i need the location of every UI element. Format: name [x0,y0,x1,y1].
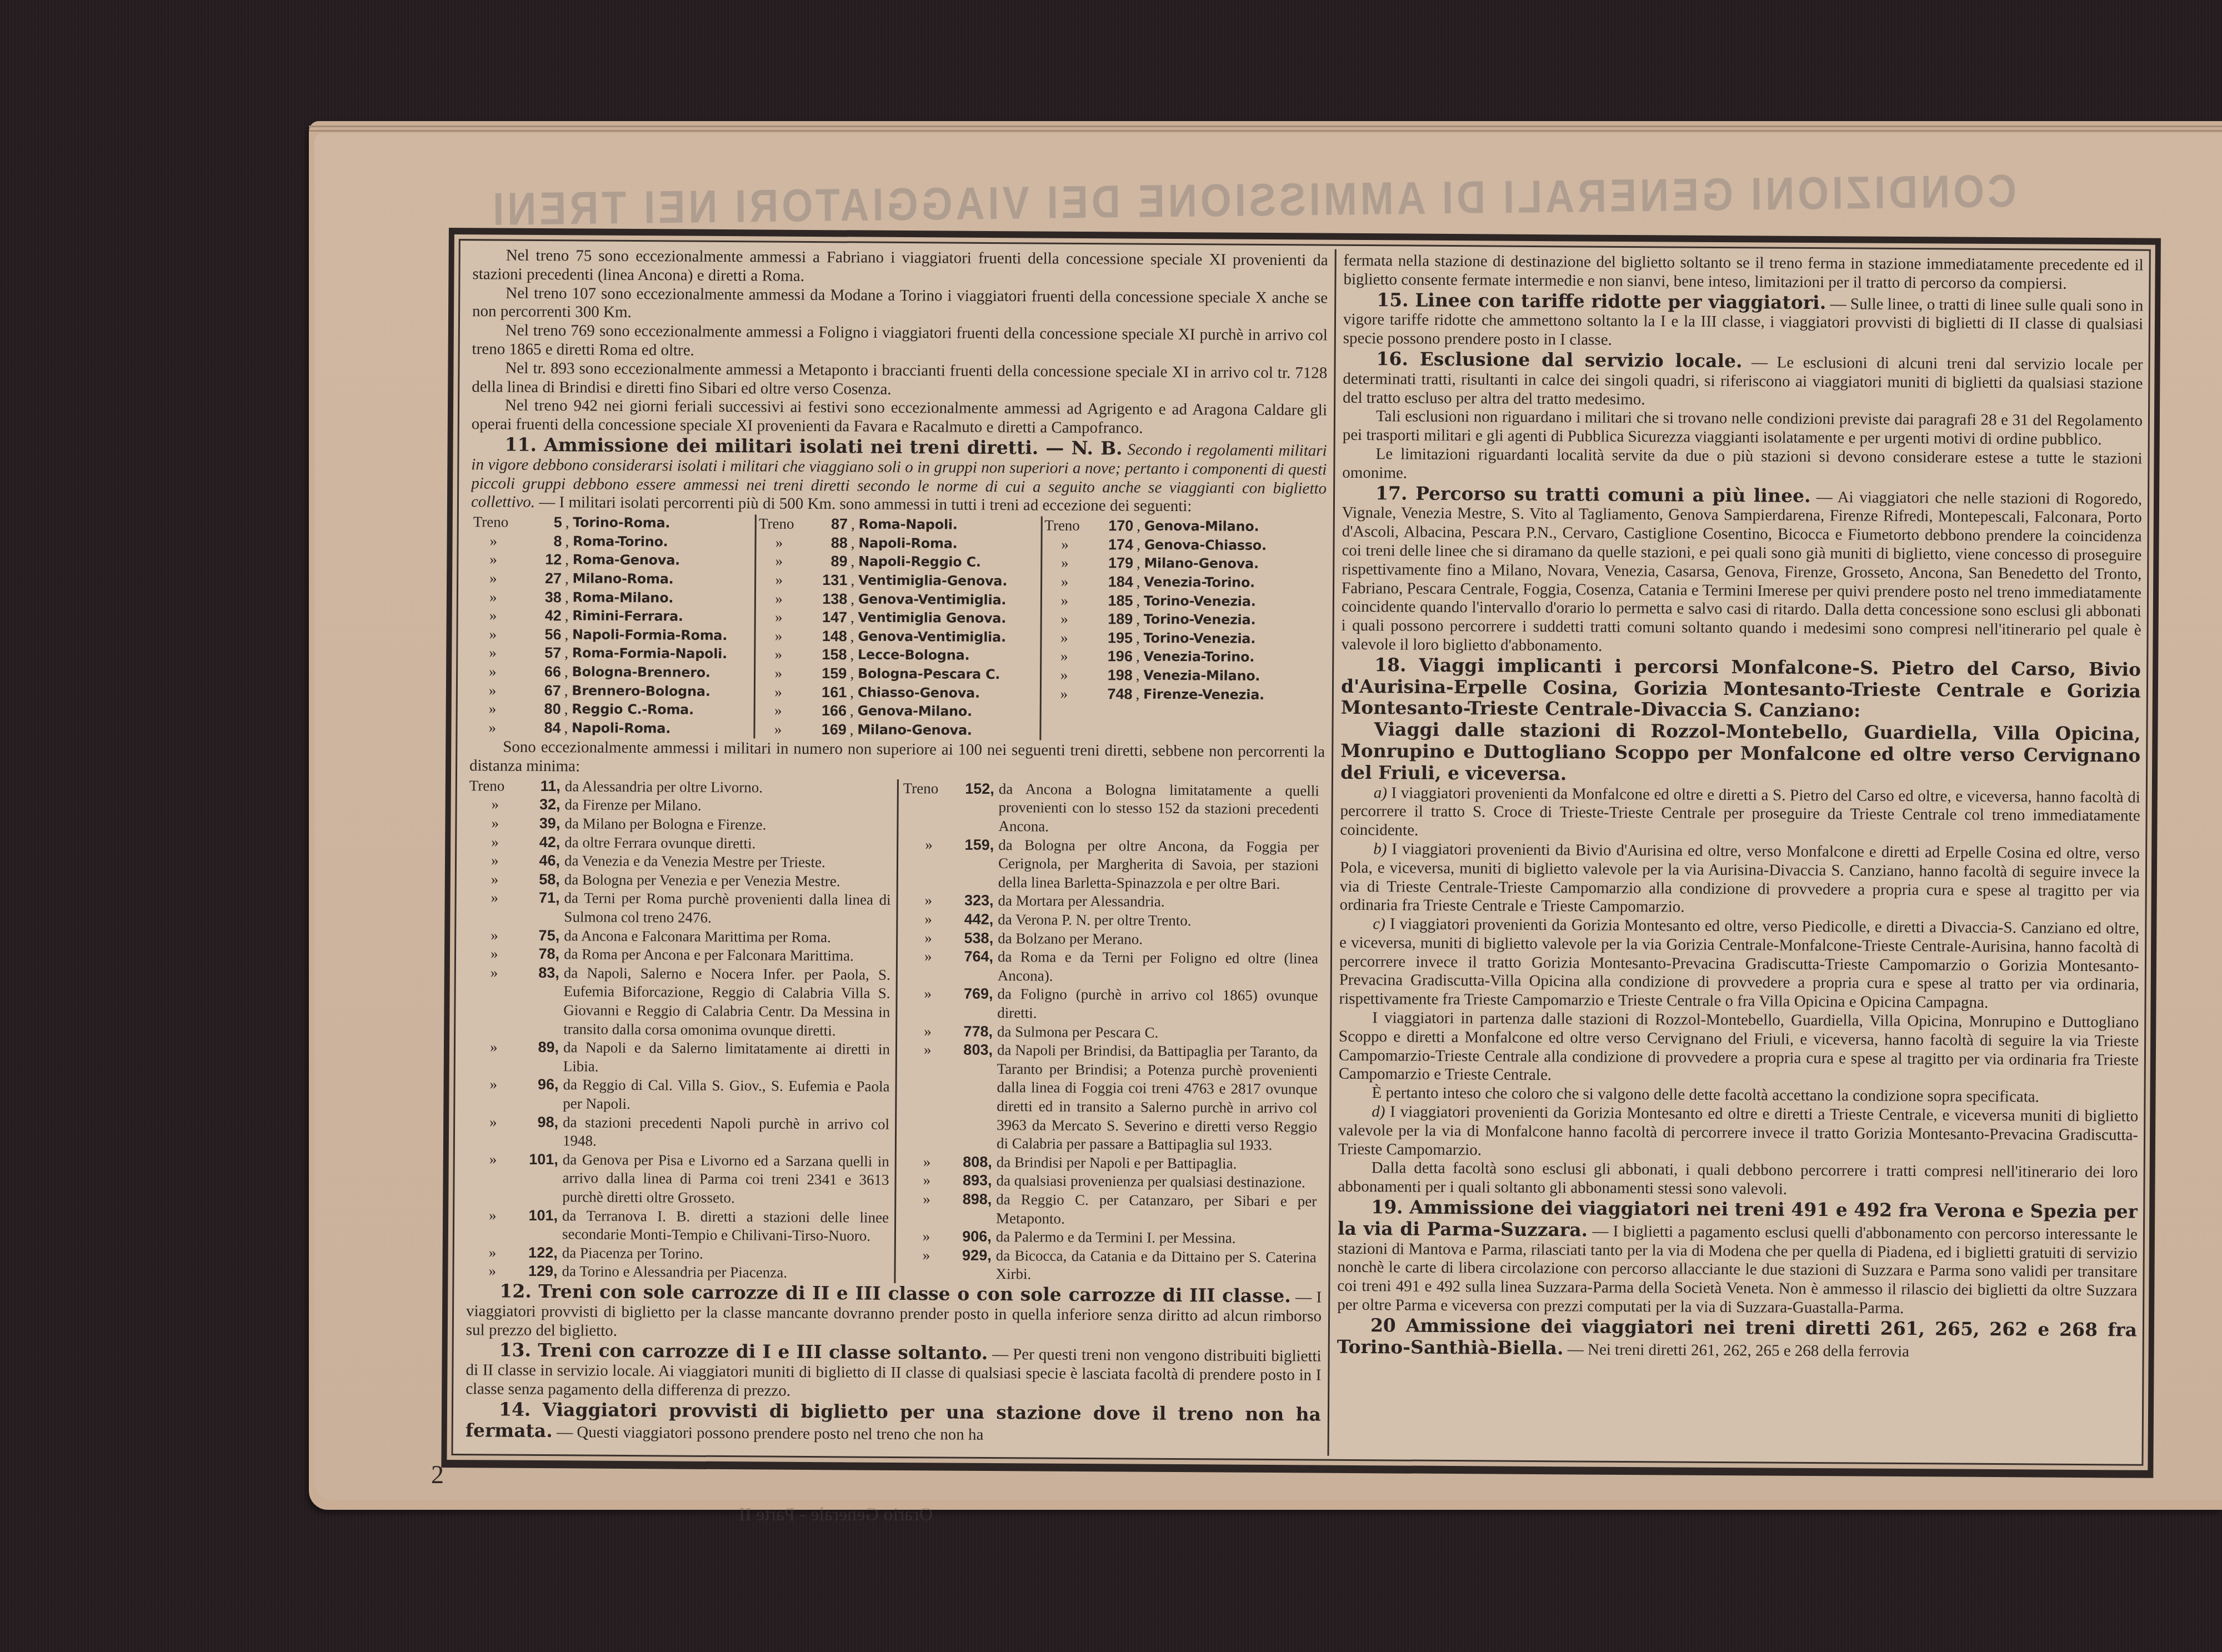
train-comma: , [851,553,859,572]
exception-prefix: » [468,926,521,945]
exception-train-number: 98, [519,1113,558,1150]
section-19: 19. Ammissione dei viaggiatori nei treni… [1337,1197,2138,1320]
train-comma: , [564,644,572,663]
train-number: 87 [813,515,848,534]
item-label: c) [1373,915,1385,933]
train-route: Genova-Milano. [1144,517,1259,537]
train-prefix: » [1044,572,1099,591]
train-route: Ventimiglia Genova. [858,609,1006,628]
section-11-body: — I militari isolati percorrenti più di … [535,493,1192,515]
train-route: Torino-Venezia. [1144,610,1256,630]
item-d-text: I viaggiatori provenienti da Gorizia Mon… [1338,1103,2139,1159]
train-prefix: » [1044,647,1098,666]
train-route: Torino-Venezia. [1144,629,1256,648]
item-label: a) [1374,784,1387,802]
train-route: Milano-Roma. [573,569,674,589]
train-row: »57, Roma-Formia-Napoli. [472,644,754,664]
train-number: 158 [813,645,847,664]
exception-text: da Foligno (purchè in arrivo col 1865) o… [997,985,1318,1024]
exception-row: »101,da Terranova I. B. diretti a stazio… [467,1206,889,1246]
train-comma: , [1135,685,1143,704]
section-16-para-2: Tali esclusioni non riguardano i militar… [1343,407,2143,449]
train-prefix: Treno [1044,517,1099,535]
exception-row: »42,da oltre Ferrara ovunque diretti. [469,833,891,854]
column-divider [1328,249,1337,1456]
train-row: »80, Reggio C.-Roma. [472,699,754,720]
exception-prefix: » [469,870,521,889]
exception-row: »538,da Bolzano per Merano. [902,929,1318,950]
train-route: Brennero-Bologna. [572,682,710,701]
exception-train-number: 101, [519,1150,558,1207]
train-route: Chiasso-Genova. [858,683,980,703]
exception-text: da Mortara per Alessandria. [998,892,1319,912]
continuation-paragraph: fermata nella stazione di destinazione d… [1343,252,2143,294]
excluded-trains-column: Treno170, Genova-Milano.»174, Genova-Chi… [1041,517,1327,742]
exception-prefix: Treno [469,777,522,795]
train-row: »131, Ventimiglia-Genova. [758,570,1040,591]
item-label: b) [1373,840,1387,858]
exception-prefix: » [469,833,521,852]
train-number: 147 [813,608,847,627]
exception-row: »71,da Terni per Roma purchè provenienti… [468,889,890,929]
train-row: »169, Milano-Genova. [758,720,1040,740]
train-comma: , [565,569,573,588]
exception-prefix: » [903,891,955,910]
train-comma: , [850,702,858,721]
train-comma: , [564,625,572,644]
exception-row: »75,da Ancona e Falconara Marittima per … [468,926,890,947]
exception-row: »39,da Milano per Bologna e Firenze. [469,814,891,835]
exception-train-number: 71, [521,889,559,927]
train-route: Bologna-Pescara C. [858,664,1000,684]
exception-row: »893,da qualsiasi provenienza per qualsi… [900,1171,1317,1192]
exception-row: »442,da Verona P. N. per oltre Trento. [902,910,1318,931]
train-comma: , [1136,592,1144,610]
section-18-subheading: Viaggi dalle stazioni di Rozzol-Montebel… [1340,718,2141,784]
train-comma: , [851,515,859,534]
train-comma: , [1136,610,1144,629]
section-13-heading: 13. Treni con carrozze di I e III classe… [499,1339,988,1364]
train-prefix: » [1044,665,1098,684]
section-12: 12. Treni con sole carrozze di II e III … [466,1280,1322,1345]
train-row: »189, Torino-Venezia. [1044,610,1326,630]
intro-paragraph: Nel treno 942 nei giorni feriali success… [472,397,1327,439]
train-prefix: » [472,625,527,644]
train-route: Genova-Ventimiglia. [858,627,1006,647]
exception-train-number: 101, [519,1206,558,1244]
exception-text: da Terranova I. B. diretti a stazioni de… [562,1207,889,1246]
train-number: 42 [527,607,562,625]
exception-text: da Firenze per Milano. [565,796,892,817]
exception-train-number: 129, [518,1262,557,1281]
exception-text: da Napoli e da Salerno limitatamente ai … [563,1038,890,1078]
exception-text: da Verona P. N. per oltre Trento. [998,910,1318,931]
exception-row: »778,da Sulmona per Pescara C. [902,1022,1318,1043]
exception-row: »808,da Brindisi per Napoli e per Battip… [901,1153,1317,1174]
train-number: 170 [1099,517,1133,535]
train-number: 189 [1098,610,1133,629]
section-18-item: b) I viaggiatori provenienti da Bivio d'… [1339,840,2140,920]
intro-paragraph: Nel treno 75 sono eccezionalmente ammess… [472,246,1328,289]
train-route: Genova-Chiasso. [1144,535,1267,555]
exception-train-number: 39, [521,814,560,833]
train-row: »159, Bologna-Pescara C. [758,664,1040,684]
train-number: 161 [812,683,847,702]
train-prefix: » [759,533,813,552]
intro-paragraph: Nel tr. 893 sono eccezionalmente ammessi… [472,359,1327,402]
train-comma: , [1136,629,1144,648]
exception-text: da Brindisi per Napoli e per Battipaglia… [997,1153,1317,1174]
train-row: Treno5, Torino-Roma. [473,513,755,533]
exception-row: »159,da Bologna per oltre Ancona, da Fog… [903,835,1319,894]
train-row: »147, Ventimiglia Genova. [758,608,1040,629]
train-number: 12 [527,550,562,569]
exception-text: da Bicocca, da Catania e da Dittaino per… [995,1246,1316,1286]
train-row: »38, Roma-Milano. [473,588,755,608]
excluded-trains-column: Treno87, Roma-Napoli.»88, Napoli-Roma.»8… [755,515,1043,740]
train-prefix: » [758,608,813,627]
train-prefix: » [758,720,812,739]
train-row: »8, Roma-Torino. [473,532,755,552]
train-comma: , [850,683,858,702]
train-number: 184 [1099,573,1133,592]
train-number: 57 [527,644,561,663]
item-text: I viaggiatori provenienti da Monfalcone … [1340,784,2140,839]
exception-row: »83,da Napoli, Salerno e Nocera Infer. p… [468,963,890,1040]
train-comma: , [1137,517,1144,536]
train-number: 138 [813,590,847,609]
exception-row: »323,da Mortara per Alessandria. [903,891,1319,912]
exception-text: da Ancona a Bologna limitatamente a quel… [998,780,1319,838]
train-row: »12, Roma-Genova. [473,550,755,571]
train-route: Milano-Genova. [1144,554,1259,574]
train-row: Treno170, Genova-Milano. [1044,517,1327,537]
text-frame: Nel treno 75 sono eccezionalmente ammess… [441,228,2161,1478]
train-route: Roma-Genova. [573,551,680,570]
section-18-items: a) I viaggiatori provenienti da Monfalco… [1339,783,2140,1013]
section-18-exclusion: Dalla detta facoltà sono esclusi gli abb… [1338,1159,2138,1201]
exception-text: da Napoli per Brindisi, da Battipaglia p… [997,1041,1318,1155]
exception-text: da Sulmona per Pescara C. [997,1023,1318,1043]
train-comma: , [1137,535,1144,554]
exception-intro: Sono eccezionalmente ammessi i militari … [469,738,1325,781]
exception-prefix: » [903,835,955,892]
train-prefix: » [473,606,527,625]
exception-prefix: » [902,1022,954,1041]
train-comma: , [565,607,573,625]
train-route: Napoli-Roma. [572,719,670,738]
exception-train-number: 803, [953,1041,993,1153]
exception-train-number: 906, [953,1228,992,1246]
exception-prefix: » [469,814,521,833]
train-prefix: » [1044,554,1099,573]
exception-row: »32,da Firenze per Milano. [469,795,892,817]
section-14: 14. Viaggiatori provvisti di biglietto p… [466,1399,1321,1447]
train-route: Torino-Roma. [573,514,670,533]
train-row: Treno87, Roma-Napoli. [759,515,1041,535]
train-row: »748, Firenze-Venezia. [1043,684,1325,705]
train-route: Venezia-Torino. [1144,573,1255,593]
train-number: 131 [813,571,847,590]
excluded-trains-table: Treno5, Torino-Roma.»8, Roma-Torino.»12,… [469,513,1326,742]
train-row: »89, Napoli-Reggio C. [759,552,1041,573]
exception-prefix: » [468,963,521,1038]
exception-train-number: 122, [519,1244,558,1263]
train-route: Napoli-Formia-Roma. [572,625,727,645]
exception-text: da Piacenza per Torino. [562,1244,889,1264]
train-route: Roma-Torino. [573,532,668,552]
train-number: 166 [812,702,847,720]
train-prefix: » [472,681,527,700]
exception-trains-table: Treno11,da Alessandria per oltre Livorno… [466,777,1325,1285]
train-route: Roma-Milano. [572,588,673,608]
train-prefix: » [759,552,813,571]
train-route: Ventimiglia-Genova. [858,571,1007,590]
exception-row: »101,da Genova per Pisa e Livorno ed a S… [467,1150,889,1208]
exception-prefix: » [900,1246,952,1284]
exception-prefix: » [468,889,521,927]
train-number: 84 [526,719,560,738]
train-number: 748 [1098,685,1132,704]
train-comma: , [851,534,859,553]
train-prefix: » [758,570,813,589]
train-comma: , [564,719,572,738]
left-column: Nel treno 75 sono eccezionalmente ammess… [466,246,1328,1453]
exception-train-number: 58, [521,870,560,889]
section-15-heading: 15. Linee con tariffe ridotte per viaggi… [1377,289,1826,313]
train-number: 80 [527,700,561,719]
exception-text: da Milano per Bologna e Firenze. [564,814,891,835]
train-prefix: » [758,683,812,702]
section-20: 20 Ammissione dei viaggiatori nei treni … [1337,1315,2137,1363]
exception-text: da oltre Ferrara ovunque diretti. [564,833,891,854]
train-row: »56, Napoli-Formia-Roma. [472,625,754,645]
exception-train-number: 323, [955,892,994,910]
train-row: »179, Milano-Genova. [1044,554,1327,574]
exception-text: da Terni per Roma purchè provenienti dal… [564,889,890,929]
train-comma: , [565,532,573,551]
exception-prefix: » [467,1113,519,1150]
exception-text: da Torino e Alessandria per Piacenza. [562,1263,888,1283]
train-prefix: Treno [759,515,813,534]
exception-prefix: » [901,1153,953,1172]
train-number: 89 [813,552,848,571]
section-14-body: — Questi viaggiatori possono prendere po… [553,1424,984,1444]
exception-text: da Venezia e da Venezia Mestre per Tries… [564,852,891,873]
train-comma: , [850,590,858,609]
exception-train-number: 929, [952,1246,991,1284]
train-comma: , [850,720,858,739]
exception-prefix: » [467,1206,519,1244]
text-frame-inner: Nel treno 75 sono eccezionalmente ammess… [451,239,2150,1466]
train-comma: , [564,682,572,700]
train-comma: , [850,664,858,683]
exception-prefix: » [469,795,522,814]
train-route: Lecce-Bologna. [858,646,969,665]
train-row: »196, Venezia-Torino. [1044,647,1326,668]
train-prefix: » [473,550,527,569]
exception-row: »46,da Venezia e da Venezia Mestre per T… [469,851,891,872]
exception-train-number: 764, [954,948,993,985]
train-prefix: » [1044,628,1098,647]
section-18-subheading-para: Viaggi dalle stazioni di Rozzol-Montebel… [1340,719,2141,788]
exception-row: »58,da Bologna per Venezia e per Venezia… [469,870,891,891]
section-18-item: a) I viaggiatori provenienti da Monfalco… [1340,783,2140,844]
train-prefix: » [1043,684,1098,703]
train-prefix: Treno [473,513,528,532]
section-18-item: c) I viaggiatori provenienti da Gorizia … [1339,915,2139,1014]
right-column: fermata nella stazione di destinazione d… [1337,252,2144,1459]
exception-text: da Ancona e Falconara Marittima per Roma… [564,927,890,947]
train-route: Bologna-Brennero. [572,663,710,682]
excluded-trains-column: Treno5, Torino-Roma.»8, Roma-Torino.»12,… [469,513,757,738]
intro-paragraph: Nel treno 769 sono eccezionalmente ammes… [472,321,1328,364]
exception-text: da Roma per Ancona e per Falconara Marit… [564,945,890,966]
train-route: Genova-Milano. [857,702,972,722]
exception-row: »98,da stazioni precedenti Napoli purchè… [467,1113,889,1153]
train-number: 159 [812,664,847,683]
exception-prefix: » [466,1262,518,1281]
train-number: 196 [1098,647,1133,666]
section-17-body: — Ai viaggiatori che nelle stazioni di R… [1341,488,2142,655]
train-comma: , [1137,554,1144,573]
exception-train-number: 11, [522,777,560,796]
section-18-heading: 18. Viaggi implicanti i percorsi Monfalc… [1341,654,2141,722]
exception-prefix: » [467,1243,519,1262]
exception-prefix: » [901,1040,954,1153]
train-number: 148 [813,627,847,646]
exception-text: da Bologna per oltre Ancona, da Foggia p… [998,836,1319,894]
train-prefix: » [472,699,527,718]
train-comma: , [850,609,858,628]
section-13: 13. Treni con carrozze di I e III classe… [466,1340,1322,1404]
train-row: »158, Lecce-Bologna. [758,645,1040,666]
exception-train-number: 96, [519,1075,558,1113]
exception-train-number: 83, [520,964,559,1039]
train-number: 179 [1099,554,1133,573]
section-16: 16. Esclusione dal servizio locale. — Le… [1343,348,2143,412]
train-prefix: » [758,627,813,645]
train-route: Roma-Napoli. [858,515,957,535]
exception-row: »906,da Palermo e da Termini I. per Mess… [900,1227,1317,1248]
exception-prefix: » [902,929,954,948]
train-number: 5 [528,513,562,532]
train-row: »66, Bologna-Brennero. [472,662,754,683]
train-prefix: » [472,718,526,737]
exception-text: da Bolzano per Merano. [998,929,1318,950]
train-row: »67, Brennero-Bologna. [472,681,754,702]
intro-paragraphs: Nel treno 75 sono eccezionalmente ammess… [472,246,1328,439]
train-route: Rimini-Ferrara. [572,607,683,626]
exception-text: da Reggio C. per Catanzaro, per Sibari e… [996,1190,1317,1230]
exception-text: da Reggio di Cal. Villa S. Giov., S. Euf… [563,1076,889,1115]
train-route: Reggio C.-Roma. [572,700,694,719]
exception-train-number: 46, [521,852,560,870]
train-number: 38 [527,588,562,607]
section-18-heading-para: 18. Viaggi implicanti i percorsi Monfalc… [1341,654,2141,724]
train-route: Firenze-Venezia. [1143,685,1264,704]
item-text: I viaggiatori provenienti da Gorizia Mon… [1339,915,2139,1012]
train-prefix: » [1044,591,1098,610]
train-comma: , [565,513,573,532]
train-comma: , [1136,648,1144,667]
train-row: »195, Torino-Venezia. [1044,628,1326,649]
exception-train-number: 769, [954,985,993,1023]
exception-text: da Bologna per Venezia e per Venezia Mes… [564,870,891,891]
exception-text: da Palermo e da Termini I. per Messina. [996,1228,1317,1248]
exception-train-number: 808, [953,1153,992,1172]
train-comma: , [565,551,573,570]
train-number: 174 [1099,535,1133,554]
train-number: 195 [1098,629,1133,648]
exception-row: »764,da Roma e da Terni per Foligno ed o… [902,947,1318,987]
train-row: »148, Genova-Ventimiglia. [758,627,1040,647]
train-route: Torino-Venezia. [1144,592,1256,611]
train-row: »88, Napoli-Roma. [759,533,1041,554]
exception-trains-column: Treno11,da Alessandria per oltre Livorno… [466,777,897,1283]
exception-train-number: 442, [954,910,993,929]
exception-row: »122,da Piacenza per Torino. [467,1243,889,1264]
train-row: »27, Milano-Roma. [473,569,755,589]
train-prefix: » [758,645,813,664]
exception-prefix: » [467,1075,519,1113]
exception-row: Treno152,da Ancona a Bologna limitatamen… [903,779,1319,838]
exception-row: »769,da Foligno (purchè in arrivo col 18… [902,984,1318,1024]
exception-train-number: 152, [955,779,994,835]
section-16-heading: 16. Esclusione dal servizio locale. [1376,348,1742,372]
exception-prefix: » [468,944,521,963]
train-number: 185 [1098,592,1133,610]
train-number: 88 [813,534,848,553]
exception-text: da Roma e da Terni per Foligno ed oltre … [998,948,1318,987]
train-row: »138, Genova-Ventimiglia. [758,589,1040,610]
exception-train-number: 89, [520,1038,559,1076]
exception-text: da Alessandria per oltre Livorno. [565,777,892,798]
item-text: I viaggiatori provenienti da Bivio d'Aur… [1339,840,2140,916]
train-row: »84, Napoli-Roma. [472,718,754,739]
intro-paragraph: Nel treno 107 sono eccezionalmente ammes… [472,284,1328,327]
train-number: 66 [527,663,561,682]
train-row: »174, Genova-Chiasso. [1044,535,1327,555]
exception-prefix: » [902,947,954,985]
train-route: Genova-Ventimiglia. [858,590,1007,609]
train-route: Napoli-Reggio C. [858,553,981,572]
exception-row: »929,da Bicocca, da Catania e da Dittain… [900,1246,1316,1286]
exception-prefix: Treno [903,779,955,835]
train-number: 56 [527,625,561,644]
exception-prefix: » [469,851,521,870]
exception-prefix: » [900,1171,953,1190]
train-prefix: » [758,589,813,608]
train-prefix: » [472,662,527,681]
exception-row: »89,da Napoli e da Salerno limitatamente… [468,1038,890,1078]
train-row: »166, Genova-Milano. [758,702,1040,722]
exception-train-number: 898, [953,1190,992,1228]
train-row: »42, Rimini-Ferrara. [473,606,755,627]
section-18-departure: I viaggiatori in partenza dalle stazioni… [1339,1009,2139,1089]
section-17: 17. Percorso su tratti comuni a più line… [1341,482,2142,659]
exception-prefix: » [902,984,954,1022]
exception-row: »96,da Reggio di Cal. Villa S. Giov., S.… [467,1075,889,1115]
footer-ghost-text: Orario Generale - Parte II [739,1504,933,1525]
exception-train-number: 42, [521,833,560,852]
exception-train-number: 32, [522,795,560,814]
section-11: 11. Ammissione dei militari isolati nei … [471,434,1327,517]
train-number: 27 [527,569,562,588]
exception-train-number: 893, [953,1172,992,1190]
train-route: Napoli-Roma. [858,534,957,553]
exception-prefix: » [467,1150,519,1206]
